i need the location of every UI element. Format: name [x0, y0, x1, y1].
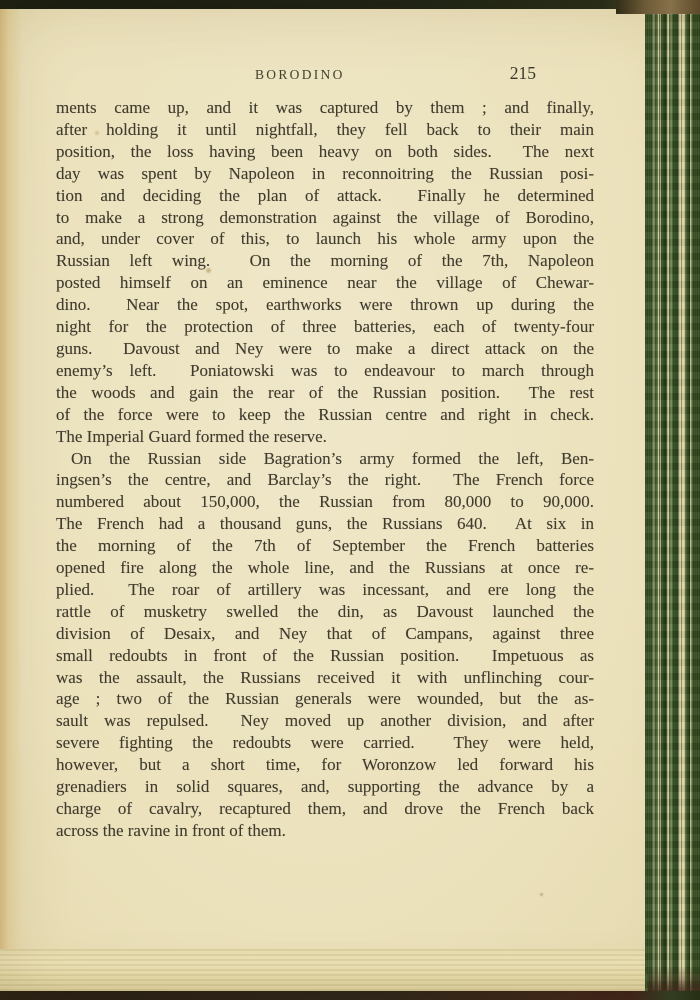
text-line: The French had a thousand guns, the Russ…: [56, 513, 594, 535]
page-edges-bottom: [0, 949, 648, 992]
text-line: ingsen’s the centre, and Barclay’s the r…: [56, 469, 594, 491]
text-line: age ; two of the Russian generals were w…: [56, 688, 594, 710]
text-line: of the force were to keep the Russian ce…: [56, 404, 594, 426]
paragraph: On the Russian side Bagration’s army for…: [56, 448, 594, 842]
paper-speck: [206, 268, 211, 273]
text-line: day was spent by Napoleon in reconnoitri…: [56, 163, 594, 185]
text-line: division of Desaix, and Ney that of Camp…: [56, 623, 594, 645]
paper-speck: [540, 893, 543, 896]
text-line: night for the protection of three batter…: [56, 316, 594, 338]
text-line: guns. Davoust and Ney were to make a dir…: [56, 338, 594, 360]
text-line: charge of cavalry, recaptured them, and …: [56, 798, 594, 820]
text-line: after holding it until nightfall, they f…: [56, 119, 594, 141]
binding-corner: [616, 0, 700, 14]
text-line: the woods and gain the rear of the Russi…: [56, 382, 594, 404]
text-line: Russian left wing. On the morning of the…: [56, 250, 594, 272]
text-line: tion and deciding the plan of attack. Fi…: [56, 185, 594, 207]
text-line: severe fighting the redoubts were carrie…: [56, 732, 594, 754]
text-line: plied. The roar of artillery was incessa…: [56, 579, 594, 601]
text-line: On the Russian side Bagration’s army for…: [56, 448, 594, 470]
text-line: sault was repulsed. Ney moved up another…: [56, 710, 594, 732]
text-line: opened fire along the whole line, and th…: [56, 557, 594, 579]
text-line: and, under cover of this, to launch his …: [56, 228, 594, 250]
text-line: grenadiers in solid squares, and, suppor…: [56, 776, 594, 798]
book-scan: BORODINO 215 ments came up, and it was c…: [0, 0, 700, 1000]
text-line: to make a strong demonstration against t…: [56, 207, 594, 229]
text-line: rattle of musketry swelled the din, as D…: [56, 601, 594, 623]
header-title: BORODINO: [255, 67, 345, 83]
text-line: numbered about 150,000, the Russian from…: [56, 491, 594, 513]
bottom-binding-edge: [0, 991, 700, 1000]
text-line: dino. Near the spot, earthworks were thr…: [56, 294, 594, 316]
text-line: ments came up, and it was captured by th…: [56, 97, 594, 119]
text-block: ments came up, and it was captured by th…: [56, 97, 594, 842]
left-gutter: [0, 0, 22, 1000]
text-line: posted himself on an eminence near the v…: [56, 272, 594, 294]
page-edges-right: [645, 8, 700, 994]
text-line: small redoubts in front of the Russian p…: [56, 645, 594, 667]
text-line: The Imperial Guard formed the reserve.: [56, 426, 594, 448]
text-line: however, but a short time, for Woronzow …: [56, 754, 594, 776]
page-number: 215: [506, 63, 536, 84]
text-line: was the assault, the Russians received i…: [56, 667, 594, 689]
paragraph: ments came up, and it was captured by th…: [56, 97, 594, 448]
text-line: enemy’s left. Poniatowski was to endeavo…: [56, 360, 594, 382]
text-line: the morning of the 7th of September the …: [56, 535, 594, 557]
text-line: across the ravine in front of them.: [56, 820, 594, 842]
text-line: position, the loss having been heavy on …: [56, 141, 594, 163]
paper-speck: [95, 131, 99, 135]
top-binding-edge: [0, 0, 700, 9]
